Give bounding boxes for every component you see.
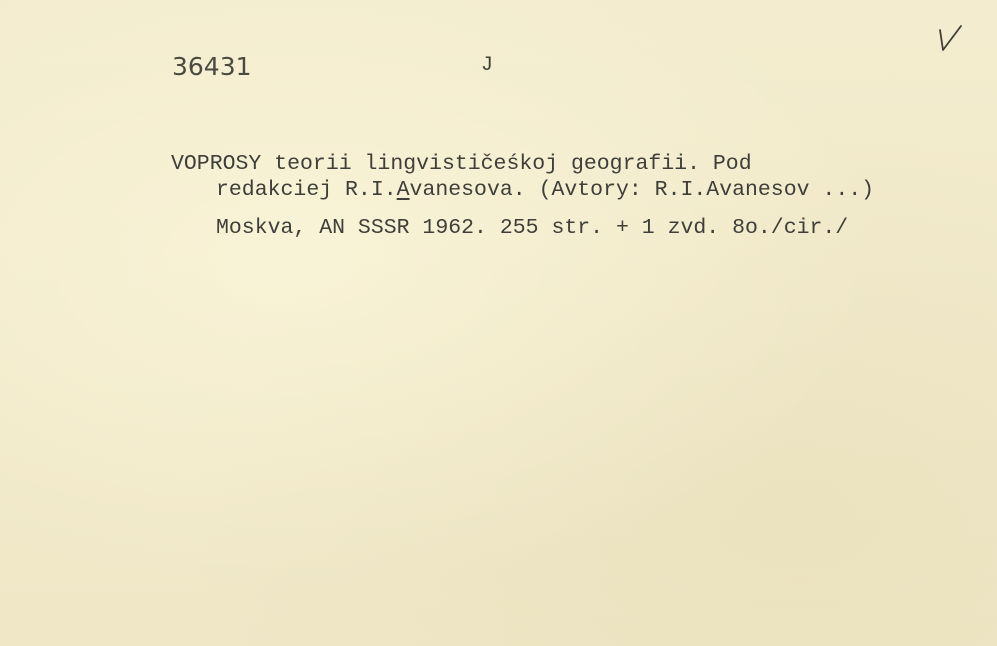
entry-title-line: VOPROSY teorii lingvističeśkoj geografii… [171, 150, 752, 178]
accession-number: 36431 [172, 52, 252, 81]
editor-suffix: vanesova. (Avtory: R.I.Avanesov ...) [410, 178, 874, 202]
section-letter: J [481, 52, 493, 80]
editor-underlined-letter: A [397, 178, 410, 202]
catalog-card: 36431 J VOPROSY teorii lingvističeśkoj g… [0, 0, 997, 646]
handwritten-check-icon [935, 20, 967, 54]
editor-prefix: redakciej R.I. [216, 178, 397, 202]
entry-imprint-line: Moskva, AN SSSR 1962. 255 str. + 1 zvd. … [216, 214, 848, 242]
entry-editor-line: redakciej R.I.Avanesova. (Avtory: R.I.Av… [216, 176, 874, 204]
